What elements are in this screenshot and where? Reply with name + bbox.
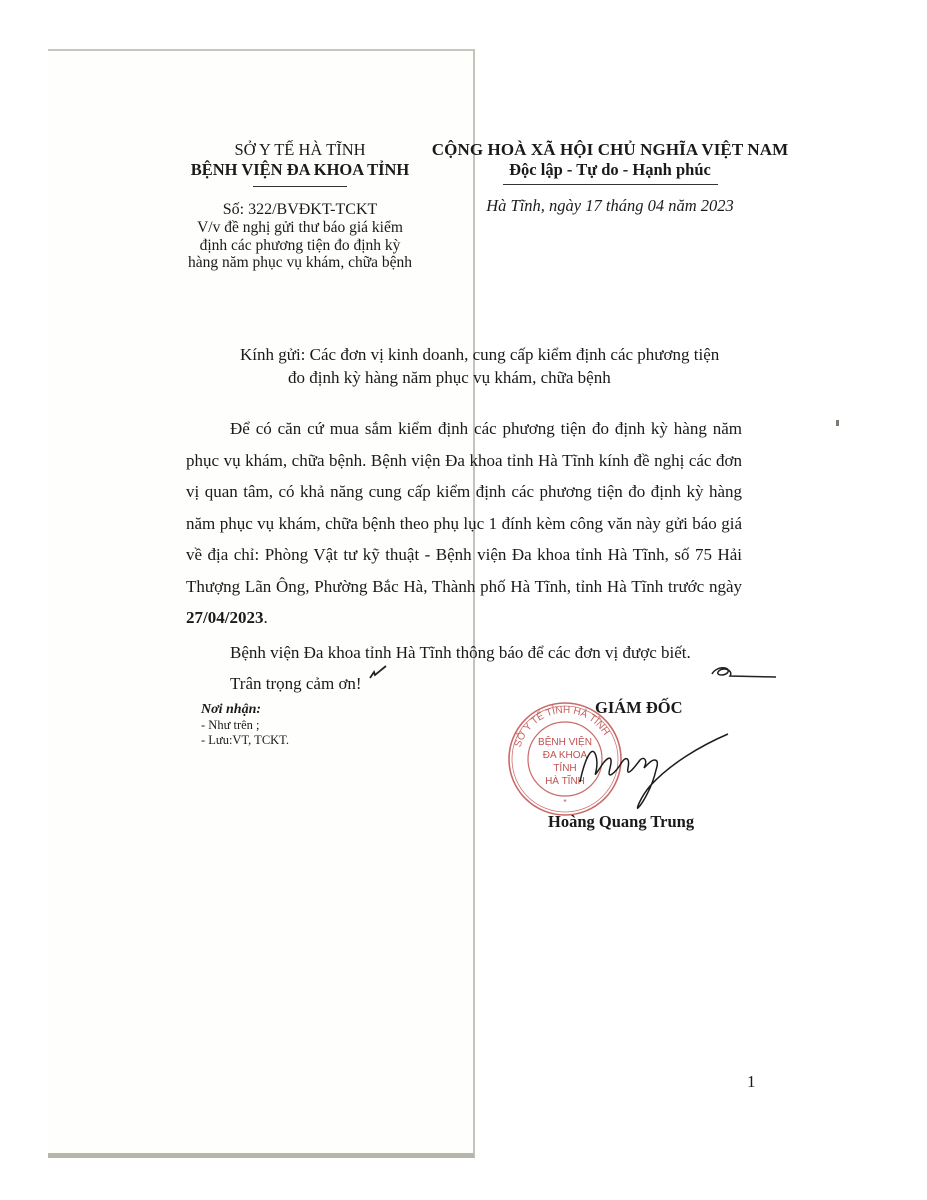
national-motto: Độc lập - Tự do - Hạnh phúc xyxy=(420,160,800,180)
svg-text:*: * xyxy=(563,798,566,807)
initial-signature-icon xyxy=(708,660,778,686)
scan-mark xyxy=(836,420,839,426)
agency-name: SỞ Y TẾ HÀ TĨNH xyxy=(150,140,450,160)
initial-mark-icon xyxy=(368,664,388,680)
issuer-header: SỞ Y TẾ HÀ TĨNH BỆNH VIỆN ĐA KHOA TỈNH S… xyxy=(150,140,450,272)
paragraph-text: Để có căn cứ mua sắm kiểm định các phươn… xyxy=(186,419,742,596)
handwritten-signature-icon xyxy=(570,712,730,812)
letter-body: Để có căn cứ mua sắm kiểm định các phươn… xyxy=(186,413,742,700)
paragraph-end: . xyxy=(263,608,267,627)
page-number: 1 xyxy=(747,1072,756,1092)
header-divider xyxy=(253,186,347,187)
deadline-date: 27/04/2023 xyxy=(186,608,263,627)
motto-divider xyxy=(503,184,718,185)
signer-name: Hoàng Quang Trung xyxy=(548,812,694,832)
body-paragraph-1: Để có căn cứ mua sắm kiểm định các phươn… xyxy=(186,413,742,634)
closing-text: Trân trọng cảm ơn! xyxy=(230,674,362,693)
nation-title: CỘNG HOÀ XÃ HỘI CHỦ NGHĨA VIỆT NAM xyxy=(420,140,800,160)
document-number: Số: 322/BVĐKT-TCKT xyxy=(150,200,450,219)
addressee-line-2: đo định kỳ hàng năm phục vụ khám, chữa b… xyxy=(240,366,800,389)
hospital-name: BỆNH VIỆN ĐA KHOA TỈNH xyxy=(150,160,450,180)
addressee-line-1: Kính gửi: Các đơn vị kinh doanh, cung cấ… xyxy=(240,343,800,366)
recipients-title: Nơi nhận: xyxy=(201,702,401,718)
national-header: CỘNG HOÀ XÃ HỘI CHỦ NGHĨA VIỆT NAM Độc l… xyxy=(420,140,800,216)
recipient-item: - Như trên ; xyxy=(201,718,401,733)
recipient-item: - Lưu:VT, TCKT. xyxy=(201,733,401,748)
recipients-list: Nơi nhận: - Như trên ; - Lưu:VT, TCKT. xyxy=(201,702,401,747)
document-subject: V/v đề nghị gửi thư báo giá kiểm định cá… xyxy=(185,219,415,272)
closing-line: Trân trọng cảm ơn! xyxy=(186,668,742,700)
place-date: Hà Tĩnh, ngày 17 tháng 04 năm 2023 xyxy=(420,196,800,216)
body-paragraph-2: Bệnh viện Đa khoa tỉnh Hà Tĩnh thông báo… xyxy=(186,637,742,669)
addressee: Kính gửi: Các đơn vị kinh doanh, cung cấ… xyxy=(240,343,800,389)
